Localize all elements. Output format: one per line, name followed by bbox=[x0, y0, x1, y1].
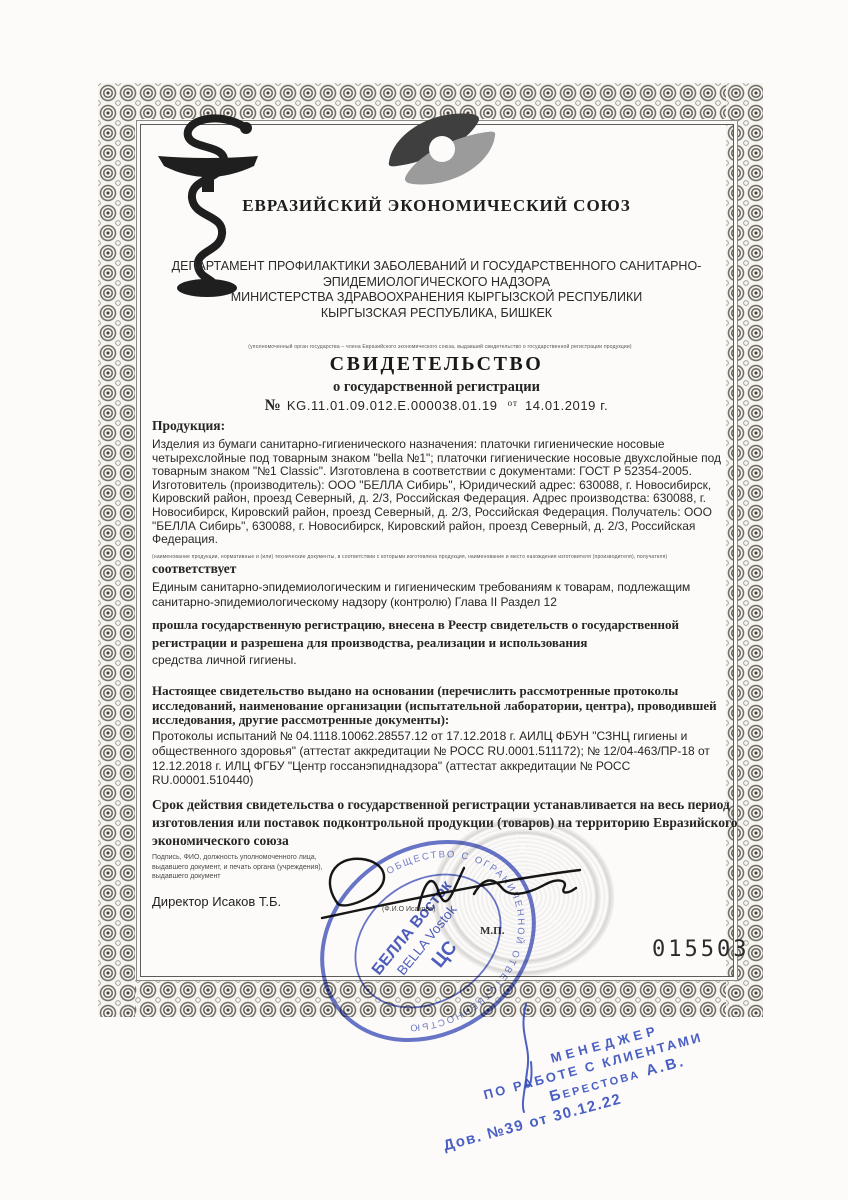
complies-text: Единым санитарно-эпидемиологическим и ги… bbox=[152, 580, 692, 610]
document-subtitle: о государственной регистрации bbox=[140, 379, 733, 396]
complies-heading: соответствует bbox=[152, 561, 730, 577]
product-fineprint: (наименование продукции, нормативные и (… bbox=[152, 554, 728, 560]
number-label: № bbox=[265, 397, 281, 414]
manager-handstamp: МЕНЕДЖЕР ПО РАБОТЕ С КЛИЕНТАМИ Берестова… bbox=[439, 1002, 753, 1152]
issuer-line: ДЕПАРТАМЕНТ ПРОФИЛАКТИКИ ЗАБОЛЕВАНИЙ И Г… bbox=[140, 259, 733, 275]
border-ornament-left bbox=[98, 83, 135, 1017]
product-label: Продукция: bbox=[152, 418, 730, 434]
issuer-fineprint: (уполномоченный орган государства – член… bbox=[152, 344, 728, 350]
basis-protocols: Протоколы испытаний № 04.1118.10062.2855… bbox=[152, 729, 712, 788]
issuer-department: ДЕПАРТАМЕНТ ПРОФИЛАКТИКИ ЗАБОЛЕВАНИЙ И Г… bbox=[140, 259, 733, 321]
registration-date: 14.01.2019 г. bbox=[525, 398, 608, 413]
registration-number-line: №KG.11.01.09.012.Е.000038.01.19от14.01.2… bbox=[140, 397, 733, 415]
serial-number: 015503 bbox=[652, 937, 749, 962]
registration-statement: прошла государственную регистрацию, внес… bbox=[152, 616, 744, 652]
certificate-scan-page: ЕВРАЗИЙСКИЙ ЭКОНОМИЧЕСКИЙ СОЮЗ ДЕПАРТАМЕ… bbox=[0, 0, 848, 1200]
date-word: от bbox=[508, 398, 518, 408]
document-title: СВИДЕТЕЛЬСТВО bbox=[140, 353, 733, 376]
basis-heading: Настоящее свидетельство выдано на основа… bbox=[152, 684, 722, 728]
issuer-line: МИНИСТЕРСТВА ЗДРАВООХРАНЕНИЯ КЫРГЫЗСКОЙ … bbox=[140, 290, 733, 306]
issuer-line: ЭПИДЕМИОЛОГИЧЕСКОГО НАДЗОРА bbox=[140, 275, 733, 291]
registration-statement-object: средства личной гигиены. bbox=[152, 653, 730, 667]
union-title: ЕВРАЗИЙСКИЙ ЭКОНОМИЧЕСКИЙ СОЮЗ bbox=[140, 196, 733, 216]
registration-number: KG.11.01.09.012.Е.000038.01.19 bbox=[287, 398, 498, 413]
eaeu-logo-icon bbox=[383, 104, 501, 194]
product-description: Изделия из бумаги санитарно-гигиеническо… bbox=[152, 438, 730, 547]
issuer-line: КЫРГЫЗСКАЯ РЕСПУБЛИКА, БИШКЕК bbox=[140, 306, 733, 322]
